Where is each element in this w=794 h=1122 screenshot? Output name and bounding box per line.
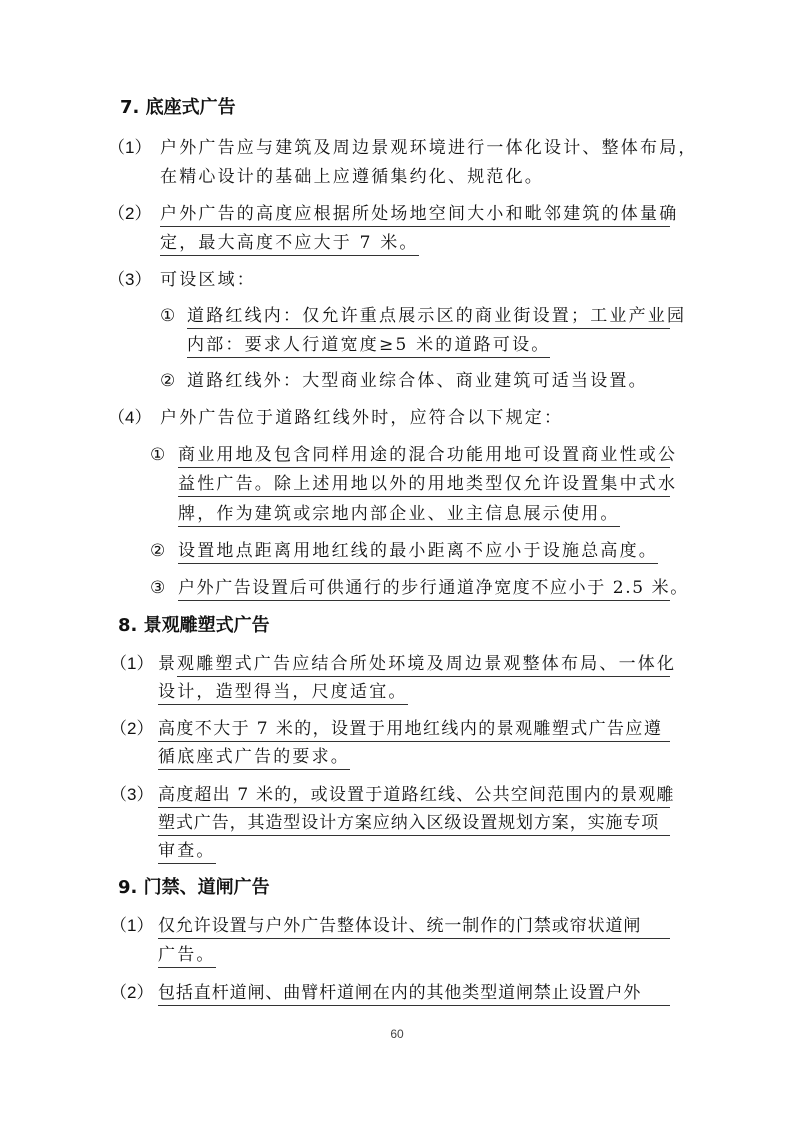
underlined-line: 内部：要求人行道宽度≥5 米的道路可设。 xyxy=(187,335,550,358)
item-number: （2） xyxy=(108,204,151,224)
underlined-line: 观雕塑式广告应结合所处环境及周边景观整体布局、一体化 xyxy=(177,654,670,677)
item-number: （2） xyxy=(110,719,153,739)
item-number: （2） xyxy=(110,983,153,1003)
section-heading-7: 7. 底座式广告 xyxy=(120,97,236,119)
circled-number: ② xyxy=(150,541,165,561)
paragraph-line: 在精心设计的基础上应遵循集约化、规范化。 xyxy=(160,167,544,187)
underlined-line: 牌，作为建筑或宗地内部企业、业主信息展示使用。 xyxy=(178,504,620,527)
underlined-line: 道路红线内：仅允许重点展示区的商业街设置；工业产业园 xyxy=(187,306,670,329)
underlined-line: 设计，造型得当，尺度适宜。 xyxy=(158,682,408,705)
paragraph-line: 道路红线外：大型商业综合体、商业建筑可适当设置。 xyxy=(187,371,648,391)
underlined-line: 高度不大于 7 米的，设置于用地红线内的景观雕塑式广告应遵 xyxy=(158,719,670,742)
circled-number: ③ xyxy=(150,578,165,598)
circled-number: ① xyxy=(150,445,165,465)
paragraph-line: 户外广告位于道路红线外时，应符合以下规定： xyxy=(160,408,563,428)
underlined-line: 益性广告。除上述用地以外的用地类型仅允许设置集中式水 xyxy=(178,474,670,497)
item-number: （1） xyxy=(110,654,153,674)
circled-number: ② xyxy=(160,371,175,391)
item-number: （4） xyxy=(108,408,151,428)
item-number: （1） xyxy=(110,916,153,936)
circled-number: ① xyxy=(160,306,175,326)
underlined-line: 定，最大高度不应大于 7 米。 xyxy=(160,233,419,256)
document-page: 7. 底座式广告 （1） 户外广告应与建筑及周边景观环境进行一体化设计、整体布局… xyxy=(0,0,794,1122)
paragraph-line: 景 xyxy=(158,654,177,674)
underlined-line: 户外广告的高度应根据所处场地空间大小和毗邻建筑的体量确 xyxy=(160,204,670,227)
underlined-line: 仅允许设置与户外广告整体设计、统一制作的门禁或帘状道闸 xyxy=(158,916,670,939)
underlined-line: 广告。 xyxy=(158,945,216,968)
underlined-line: 包括直杆道闸、曲臂杆道闸在内的其他类型道闸禁止设置户外 xyxy=(158,983,670,1006)
paragraph-line: 可设区域： xyxy=(160,270,256,290)
item-number: （1） xyxy=(108,138,151,158)
underlined-line: 高度超出 7 米的，或设置于道路红线、公共空间范围内的景观雕 xyxy=(158,785,670,808)
underlined-line: 商业用地及包含同样用途的混合功能用地可设置商业性或公 xyxy=(178,445,670,468)
underlined-line: 审查。 xyxy=(158,841,216,864)
underlined-line: 循底座式广告的要求。 xyxy=(158,747,350,770)
underlined-line: 设置地点距离用地红线的最小距离不应小于设施总高度。 xyxy=(178,541,658,564)
page-number: 60 xyxy=(0,1027,794,1041)
paragraph-line: 户外广告应与建筑及周边景观环境进行一体化设计、整体布局， xyxy=(160,138,670,158)
underlined-line: 塑式广告，其造型设计方案应纳入区级设置规划方案，实施专项 xyxy=(158,813,670,836)
underlined-line: 户外广告设置后可供通行的步行通道净宽度不应小于 2.5 米。 xyxy=(178,578,670,601)
item-number: （3） xyxy=(108,270,151,290)
section-heading-8: 8. 景观雕塑式广告 xyxy=(118,615,270,637)
section-heading-9: 9. 门禁、道闸广告 xyxy=(118,877,270,899)
item-number: （3） xyxy=(110,785,153,805)
